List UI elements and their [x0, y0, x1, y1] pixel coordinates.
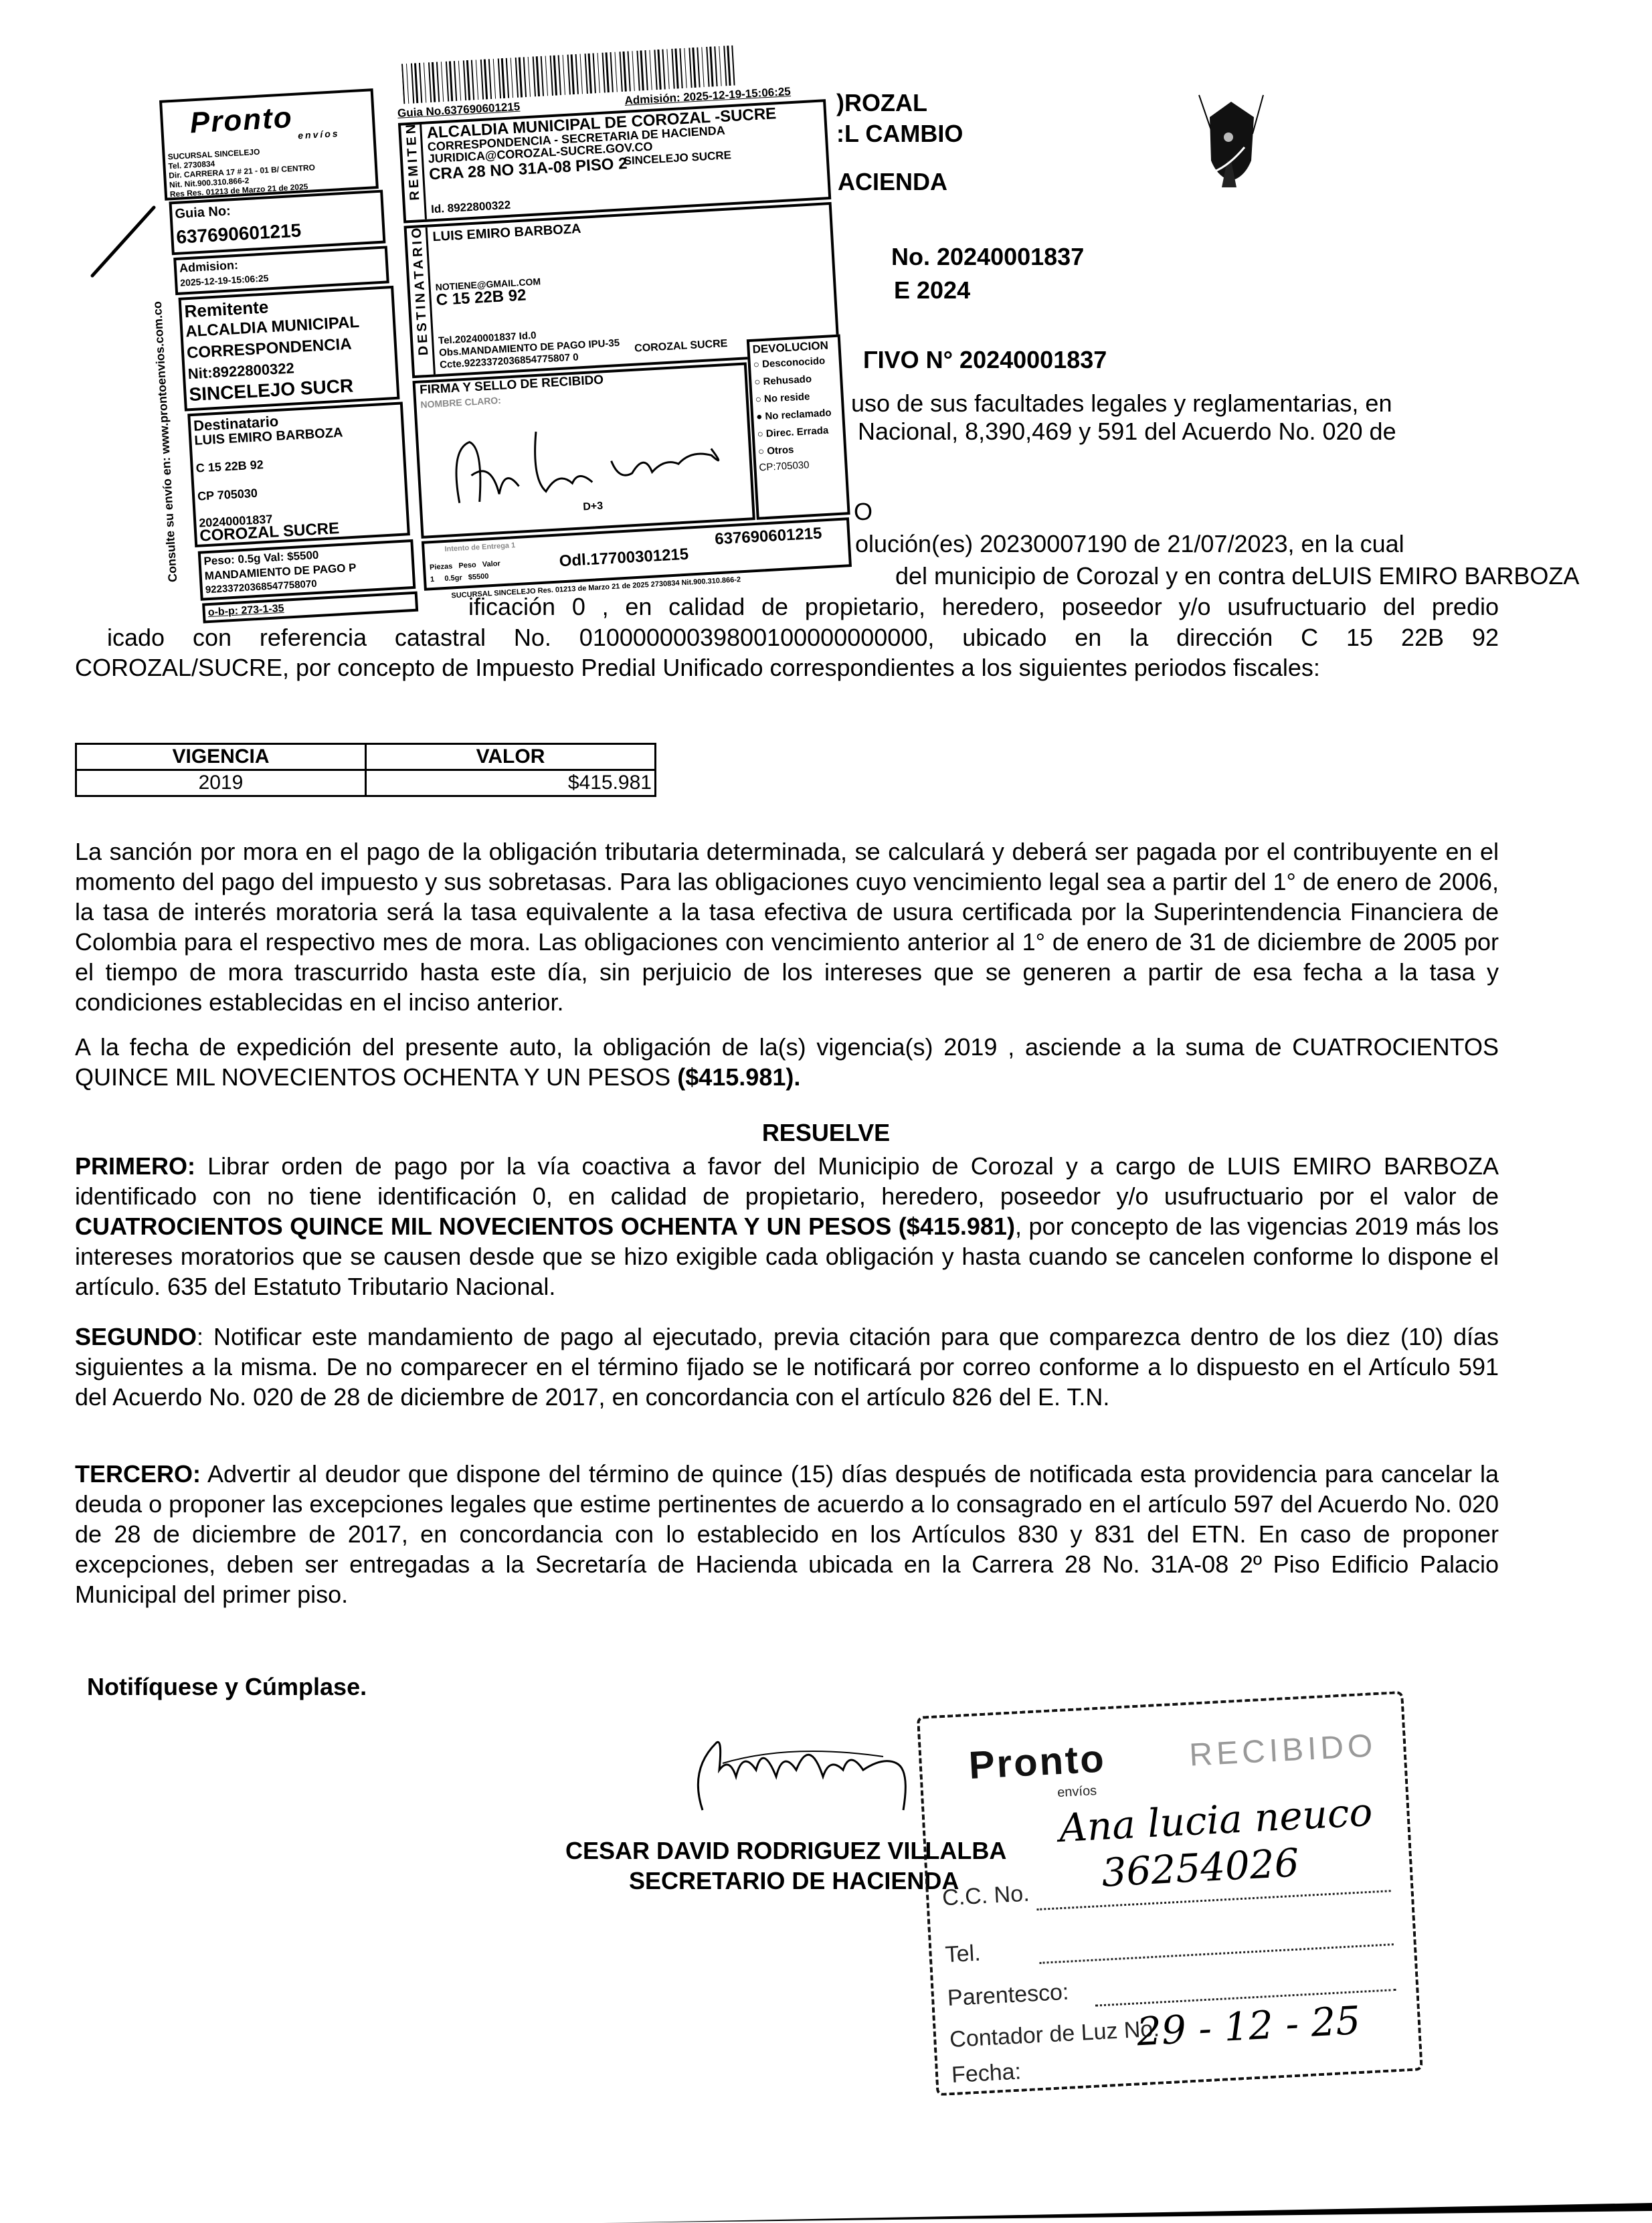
tel-line: [1039, 1943, 1393, 1964]
considerando-line-3: ificación 0 , en calidad de propietario,…: [468, 592, 1499, 622]
primero-text-a: Librar orden de pago por la vía coactiva…: [75, 1152, 1499, 1210]
tercero-paragraph: TERCERO: Advertir al deudor que dispone …: [75, 1459, 1499, 1609]
piezas-values: 1 0.5gr $5500: [430, 572, 489, 584]
admision-label: Admision:: [179, 258, 238, 276]
header-slogan: :L CAMBIO: [836, 122, 963, 146]
amount-value: ($415.981).: [677, 1063, 800, 1091]
tercero-text: Advertir al deudor que dispone del térmi…: [75, 1460, 1499, 1608]
firma-label: FIRMA Y SELLO DE RECIBIDO: [420, 373, 604, 397]
courier-logo-sub: envíos: [298, 128, 340, 141]
segundo-text: : Notificar este mandamiento de pago al …: [75, 1323, 1499, 1411]
intento-1-label: Intento de Entrega 1: [444, 541, 515, 553]
main-remitente-box: REMITENTE ALCALDIA MUNICIPAL DE COROZAL …: [398, 99, 831, 223]
considerando-line-5: COROZAL/SUCRE, por concepto de Impuesto …: [75, 652, 1499, 683]
considerando-line-2: del municipio de Corozal y en contra deL…: [895, 561, 1497, 591]
notifiquese-text: Notifíquese y Cúmplase.: [87, 1673, 367, 1701]
receipt-stamp: Pronto envíos RECIBIDO Ana lucia neuco C…: [917, 1691, 1423, 2096]
resuelve-heading: RESUELVE: [0, 1119, 1652, 1147]
courier-label-stub: Pronto envíos SUCURSAL SINCELEJO Tel. 27…: [159, 88, 409, 622]
devolucion-option[interactable]: ○ Desconocido: [753, 355, 825, 371]
devolucion-option[interactable]: ○ Direc. Errada: [757, 425, 828, 440]
header-municipality: )ROZAL: [836, 91, 927, 115]
destinatario-line: CP 705030: [197, 486, 258, 504]
courier-logo: Pronto: [189, 101, 294, 141]
stamp-handwritten-name: Ana lucia neuco: [1058, 1789, 1374, 1851]
tel-label: Tel.: [945, 1941, 982, 1969]
resolution-year: E 2024: [894, 278, 970, 302]
admision-value: 2025-12-19-15:06:25: [180, 272, 269, 288]
table-header-vigencia: VIGENCIA: [76, 744, 366, 770]
intro-line-1: uso de sus facultades legales y reglamen…: [851, 388, 1392, 418]
primero-paragraph: PRIMERO: Librar orden de pago por la vía…: [75, 1151, 1499, 1302]
devolucion-option[interactable]: ○ No reside: [755, 391, 810, 406]
pen-mark-icon: [87, 201, 161, 281]
stamp-logo-sub: envíos: [1057, 1783, 1097, 1801]
vigencia-table: VIGENCIA VALOR 2019 $415.981: [75, 743, 656, 797]
considerando-line-4: icado con referencia catastral No. 01000…: [107, 622, 1499, 652]
stamp-logo: Pronto: [968, 1736, 1107, 1788]
segundo-paragraph: SEGUNDO: Notificar este mandamiento de p…: [75, 1322, 1499, 1412]
fecha-label: Fecha:: [951, 2059, 1022, 2088]
intro-line-2: Nacional, 8,390,469 y 591 del Acuerdo No…: [858, 416, 1396, 446]
guia-box: Guia No: 637690601215: [169, 190, 385, 256]
table-cell-vigencia: 2019: [76, 770, 366, 796]
guia-number: 637690601215: [176, 219, 302, 248]
guia-repeat: 637690601215: [715, 524, 822, 549]
stamp-recibido: RECIBIDO: [1188, 1727, 1378, 1774]
devolucion-cp: CP:705030: [759, 459, 810, 473]
header-department: ACIENDA: [838, 170, 947, 194]
destinatario-line: C 15 22B 92: [195, 458, 264, 476]
piezas-headers: Piezas Peso Valor: [430, 559, 500, 571]
odl-number: Odl.17700301215: [559, 545, 689, 571]
table-cell-valor: $415.981: [366, 770, 656, 796]
sancion-paragraph: La sanción por mora en el pago de la obl…: [75, 836, 1499, 1017]
receiver-signature-icon: [442, 407, 741, 517]
signer-title: SECRETARIO DE HACIENDA: [629, 1867, 959, 1895]
considerando-line-1: olución(es) 20230007190 de 21/07/2023, e…: [855, 529, 1404, 559]
tercero-label: TERCERO:: [75, 1460, 201, 1488]
resolution-number: No. 20240001837: [891, 245, 1084, 269]
main-destinatario-line: LUIS EMIRO BARBOZA: [432, 221, 581, 245]
primero-amount: CUATROCIENTOS QUINCE MIL NOVECIENTOS OCH…: [75, 1213, 1015, 1240]
segundo-label: SEGUNDO: [75, 1323, 197, 1350]
main-remitente-line: Id. 8922800322: [431, 199, 511, 217]
ocb-value: o-b-p: 273-1-35: [207, 603, 284, 619]
peso-box: Peso: 0.5g Val: $5500 MANDAMIENTO DE PAG…: [198, 539, 416, 601]
table-header-row: VIGENCIA VALOR: [76, 744, 656, 770]
primero-label: PRIMERO:: [75, 1152, 195, 1180]
destinatario-vertical-label: DESTINATARIO: [409, 225, 432, 356]
courier-branch-box: Pronto envíos SUCURSAL SINCELEJO Tel. 27…: [159, 88, 379, 201]
municipal-crest-icon: [1198, 94, 1265, 194]
amount-paragraph: A la fecha de expedición del presente au…: [75, 1032, 1499, 1092]
cc-label: C.C. No.: [941, 1881, 1030, 1912]
devolucion-box: DEVOLUCION ○ Desconocido ○ Rehusado ○ No…: [747, 334, 850, 519]
remitente-box: Remitente ALCALDIA MUNICIPAL CORRESPONDE…: [179, 286, 400, 412]
table-header-valor: VALOR: [366, 744, 656, 770]
courier-website-text: Consulte su envío en: www.prontoenvios.c…: [151, 301, 180, 583]
document-title: ΓIVO N° 20240001837: [863, 348, 1107, 372]
contador-label: Contador de Luz No.: [949, 2016, 1160, 2053]
devolucion-option[interactable]: ○ Otros: [758, 444, 794, 458]
official-signature-icon: [682, 1730, 937, 1824]
devolucion-option[interactable]: ● No reclamado: [756, 407, 832, 422]
destinatario-box: Destinatario LUIS EMIRO BARBOZA C 15 22B…: [187, 402, 410, 547]
parentesco-label: Parentesco:: [947, 1979, 1069, 2012]
guia-label: Guia No:: [175, 203, 231, 222]
table-row: 2019 $415.981: [76, 770, 656, 796]
page-edge-shadow: [602, 2202, 1652, 2223]
cc-line: [1036, 1890, 1390, 1910]
main-destinatario-line: COROZAL SUCRE: [634, 338, 728, 355]
devolucion-label: DEVOLUCION: [752, 339, 828, 357]
courier-label-main: Guia No.637690601215 Admisión: 2025-12-1…: [395, 39, 865, 592]
devolucion-option[interactable]: ○ Rehusado: [754, 373, 812, 388]
fecha-value: 29 - 12 - 25: [1135, 1997, 1361, 2054]
cc-value: 36254026: [1101, 1840, 1300, 1895]
